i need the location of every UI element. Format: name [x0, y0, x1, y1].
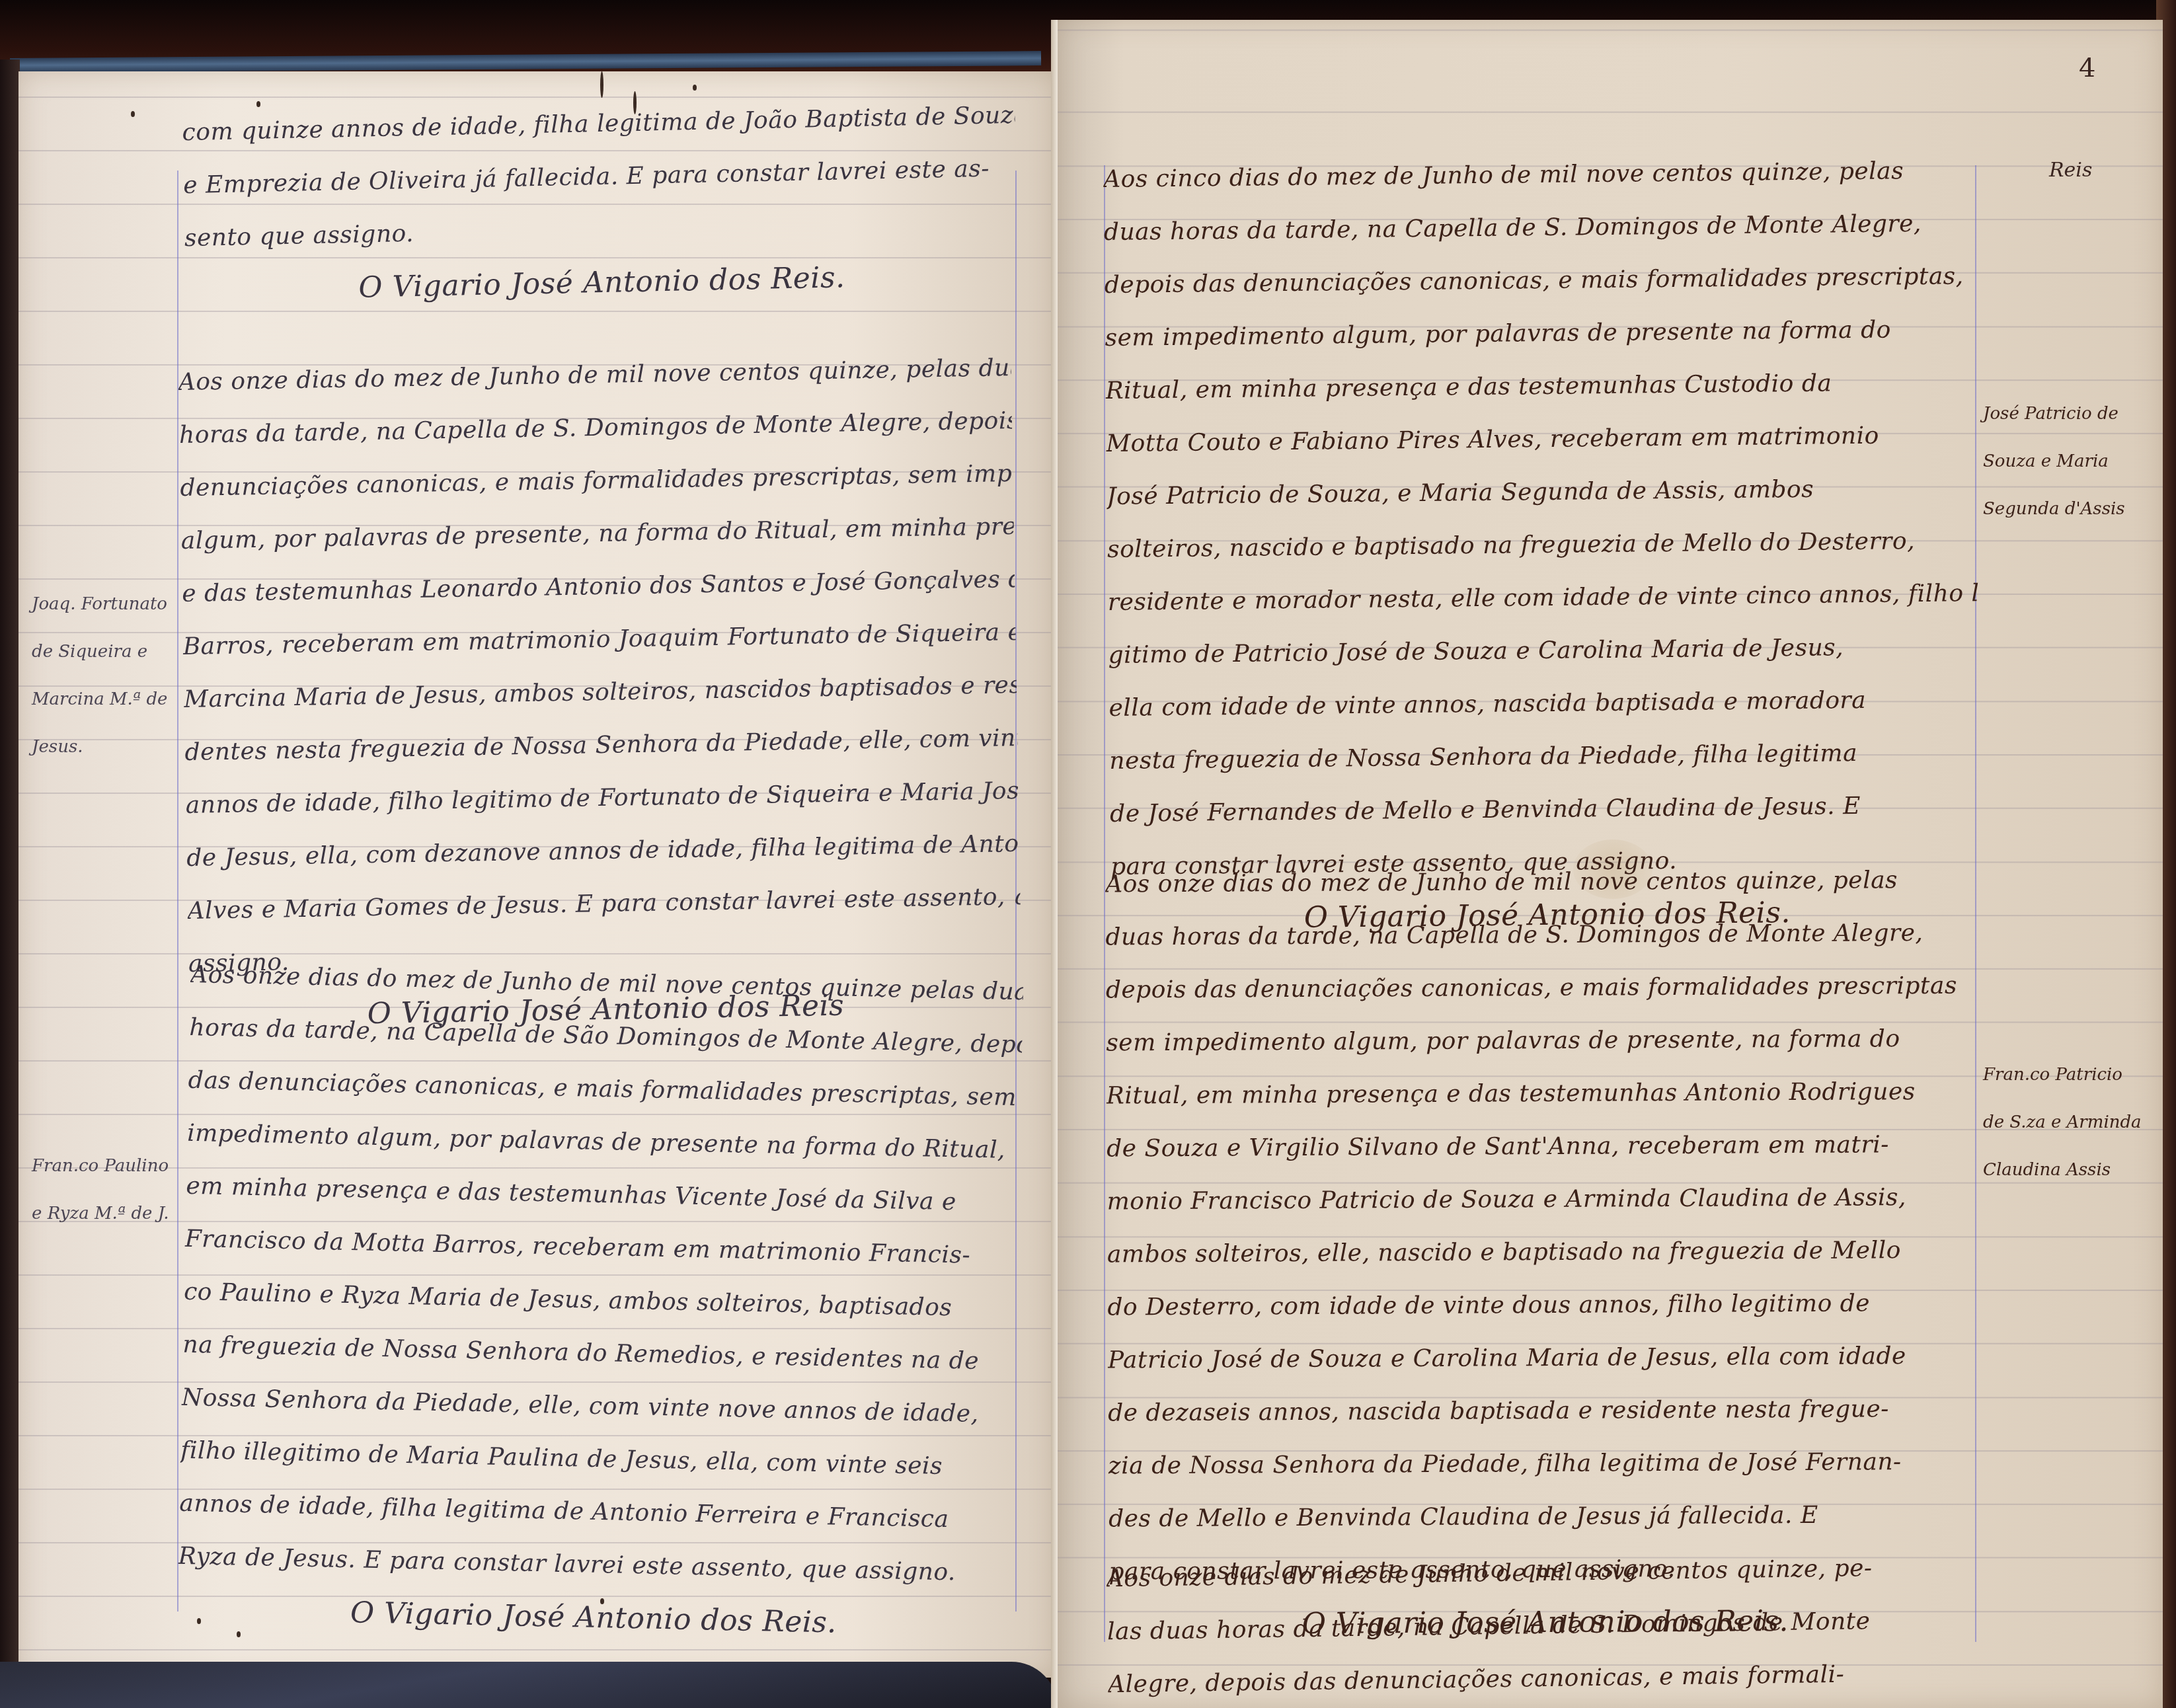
margin-note-line: de Siqueira e	[32, 628, 177, 676]
ink-speck	[600, 1598, 604, 1604]
text-line: residente e morador nesta, elle com idad…	[1107, 567, 1980, 629]
text-line: Motta Couto e Fabiano Pires Alves, receb…	[1106, 408, 1979, 471]
text-line: de Souza e Virgilio Silvano de Sant'Anna…	[1107, 1118, 1979, 1176]
text-line: solteiros, nascido e baptisado na fregue…	[1107, 514, 1980, 576]
folio-note: Reis	[2049, 159, 2092, 182]
ink-speck	[600, 71, 603, 98]
text-line: sem impedimento algum, por palavras de p…	[1106, 1013, 1978, 1070]
left-page: com quinze annos de idade, filha legitim…	[19, 71, 1058, 1678]
margin-note-line: Joaq. Fortunato	[32, 580, 177, 628]
margin-note-line: José Patricio de	[1983, 390, 2161, 438]
margin-note-entry-3: Fran.co Paulino e Ryza M.ª dе J.	[32, 1142, 177, 1237]
ink-speck	[131, 111, 135, 117]
book-cover-left-edge	[0, 59, 20, 1708]
margin-note-line: Jesus.	[32, 723, 177, 771]
ink-speck	[197, 1618, 201, 1624]
text-line: Ritual, em minha presença e das testemun…	[1105, 356, 1978, 418]
text-line: do Desterro, com idade de vinte dous ann…	[1107, 1277, 1980, 1335]
text-line: depois das denunciações canonicas, e mai…	[1104, 250, 1977, 312]
text-line: zia de Nossa Senhora da Piedade, filha l…	[1108, 1436, 1980, 1493]
margin-note-entry-4: José Patricio de Souza e Maria Segunda d…	[1983, 390, 2161, 533]
text-line: Ritual, em minha presença e das testemun…	[1107, 1066, 1979, 1123]
text-line: gitimo de Patricio José de Souza e Carol…	[1108, 620, 1981, 682]
page-number: 4	[2079, 53, 2095, 83]
entry-2: Aos onze dias do mez de Junho de mil nov…	[178, 342, 1023, 1044]
text-line: des de Mello e Benvinda Claudina de Jesu…	[1108, 1489, 1981, 1546]
text-line: José Patricio de Souza, e Maria Segunda …	[1107, 461, 1980, 524]
ink-speck	[237, 1631, 241, 1637]
margin-note-line: Fran.co Paulino	[32, 1142, 177, 1190]
margin-note-line: Segunda d'Assis	[1983, 485, 2161, 533]
text-line: monio Francisco Patricio de Souza e Armi…	[1107, 1171, 1979, 1229]
margin-note-line: Marcina M.ª de	[32, 676, 177, 723]
text-line: Aos onze dias do mez de Junho de mil nov…	[1105, 854, 1978, 912]
text-line: duas horas da tarde, na Capella de S. Do…	[1105, 907, 1978, 964]
entry-6-start: Aos onze dias do mez de Junho de mil nov…	[1106, 1541, 1980, 1708]
text-line: duas horas da tarde, na Capella de S. Do…	[1104, 197, 1977, 259]
text-line: de dezaseis annos, nascida baptisada e r…	[1108, 1383, 1980, 1440]
right-page: 4 Reis Aos cinco dias do mez de Junho de…	[1058, 20, 2163, 1708]
entry-3: Aos onze dias do mez de Junho de mil nov…	[176, 949, 1024, 1653]
text-line: Patricio José de Souza e Carolina Maria …	[1108, 1330, 1980, 1387]
text-line: ambos solteiros, elle, nascido e baptisa…	[1107, 1224, 1980, 1282]
margin-note-entry-5: Fran.co Patricio de S.za e Arminda Claud…	[1983, 1051, 2161, 1194]
margin-note-line: Claudina Assis	[1983, 1146, 2161, 1194]
margin-note-line: e Ryza M.ª dе J.	[32, 1190, 177, 1237]
margin-note-line: Souza e Maria	[1983, 438, 2161, 485]
margin-note-line: Fran.co Patricio	[1983, 1051, 2161, 1099]
text-line: ella com idade de vinte annos, nascida b…	[1108, 673, 1982, 735]
entry-1-continuation: com quinze annos de idade, filha legitim…	[182, 89, 1019, 318]
text-line: depois das denunciações canonicas, e mai…	[1106, 960, 1978, 1017]
margin-note-entry-2: Joaq. Fortunato de Siqueira e Marcina M.…	[32, 580, 177, 771]
entry-4: Aos cinco dias do mez de Junho de mil no…	[1103, 144, 1984, 947]
text-line: Aos cinco dias do mez de Junho de mil no…	[1103, 144, 1976, 206]
book-cover-bottom	[0, 1662, 1058, 1708]
ink-speck	[693, 85, 697, 91]
text-line: nesta freguezia de Nossa Senhora da Pied…	[1109, 726, 1982, 788]
margin-note-line: de S.za e Arminda	[1983, 1099, 2161, 1146]
text-line: de José Fernandes de Mello e Benvinda Cl…	[1110, 779, 1983, 841]
entry-5: Aos onze dias do mez de Junho de mil nov…	[1105, 854, 1982, 1652]
text-line: sem impedimento algum, por palavras de p…	[1105, 303, 1978, 365]
